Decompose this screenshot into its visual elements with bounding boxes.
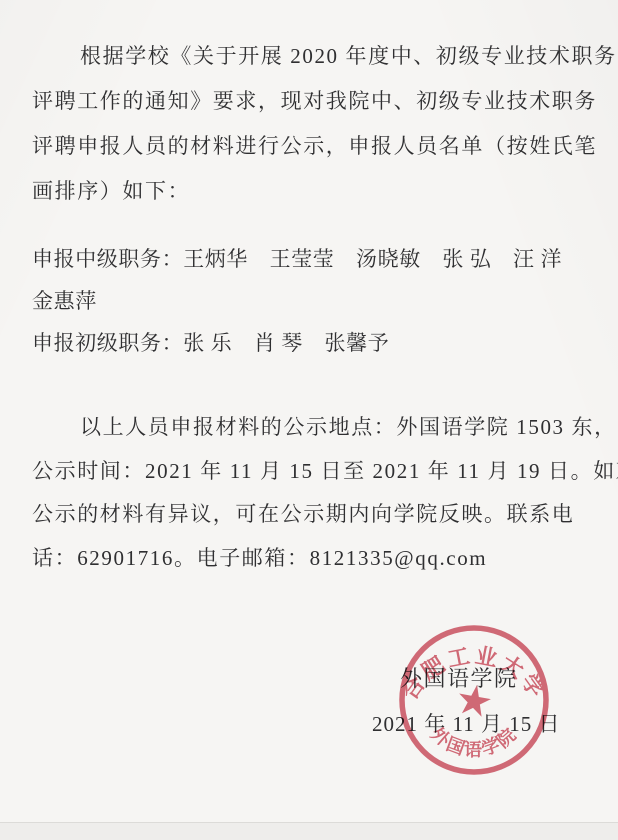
text-line: 公示的材料有异议，可在公示期内向学院反映。联系电 [32, 493, 588, 537]
intro-paragraph: 根据学校《关于开展 2020 年度中、初级专业技术职务评聘工作的通知》要求，现对… [32, 34, 588, 214]
document-page: 根据学校《关于开展 2020 年度中、初级专业技术职务评聘工作的通知》要求，现对… [0, 0, 618, 823]
text-line: 画排序）如下： [32, 169, 588, 214]
text-line: 根据学校《关于开展 2020 年度中、初级专业技术职务 [32, 34, 588, 79]
text-line: 以上人员申报材料的公示地点：外国语学院 1503 东， [32, 406, 588, 450]
text-line: 申报初级职务：张 乐 肖 琴 张馨予 [32, 322, 588, 364]
signature-block: 外国语学院 2021 年 11 月 15 日 [0, 666, 618, 737]
document-body: 根据学校《关于开展 2020 年度中、初级专业技术职务评聘工作的通知》要求，现对… [32, 34, 588, 580]
text-line: 评聘工作的通知》要求，现对我院中、初级专业技术职务 [32, 79, 588, 124]
signature-org: 外国语学院 [400, 666, 618, 692]
text-line: 评聘申报人员的材料进行公示，申报人员名单（按姓氏笔 [32, 124, 588, 169]
text-line: 金惠萍 [32, 280, 588, 322]
applicant-names: 申报中级职务：王炳华 王莹莹 汤晓敏 张 弘 汪 洋金惠萍申报初级职务：张 乐 … [32, 238, 588, 364]
signature-date: 2021 年 11 月 15 日 [372, 711, 618, 737]
notice-paragraph: 以上人员申报材料的公示地点：外国语学院 1503 东，公示时间：2021 年 1… [32, 406, 588, 580]
text-line: 申报中级职务：王炳华 王莹莹 汤晓敏 张 弘 汪 洋 [32, 238, 588, 280]
text-line: 话：62901716。电子邮箱：8121335@qq.com [32, 537, 588, 581]
text-line: 公示时间：2021 年 11 月 15 日至 2021 年 11 月 19 日。… [32, 450, 588, 494]
